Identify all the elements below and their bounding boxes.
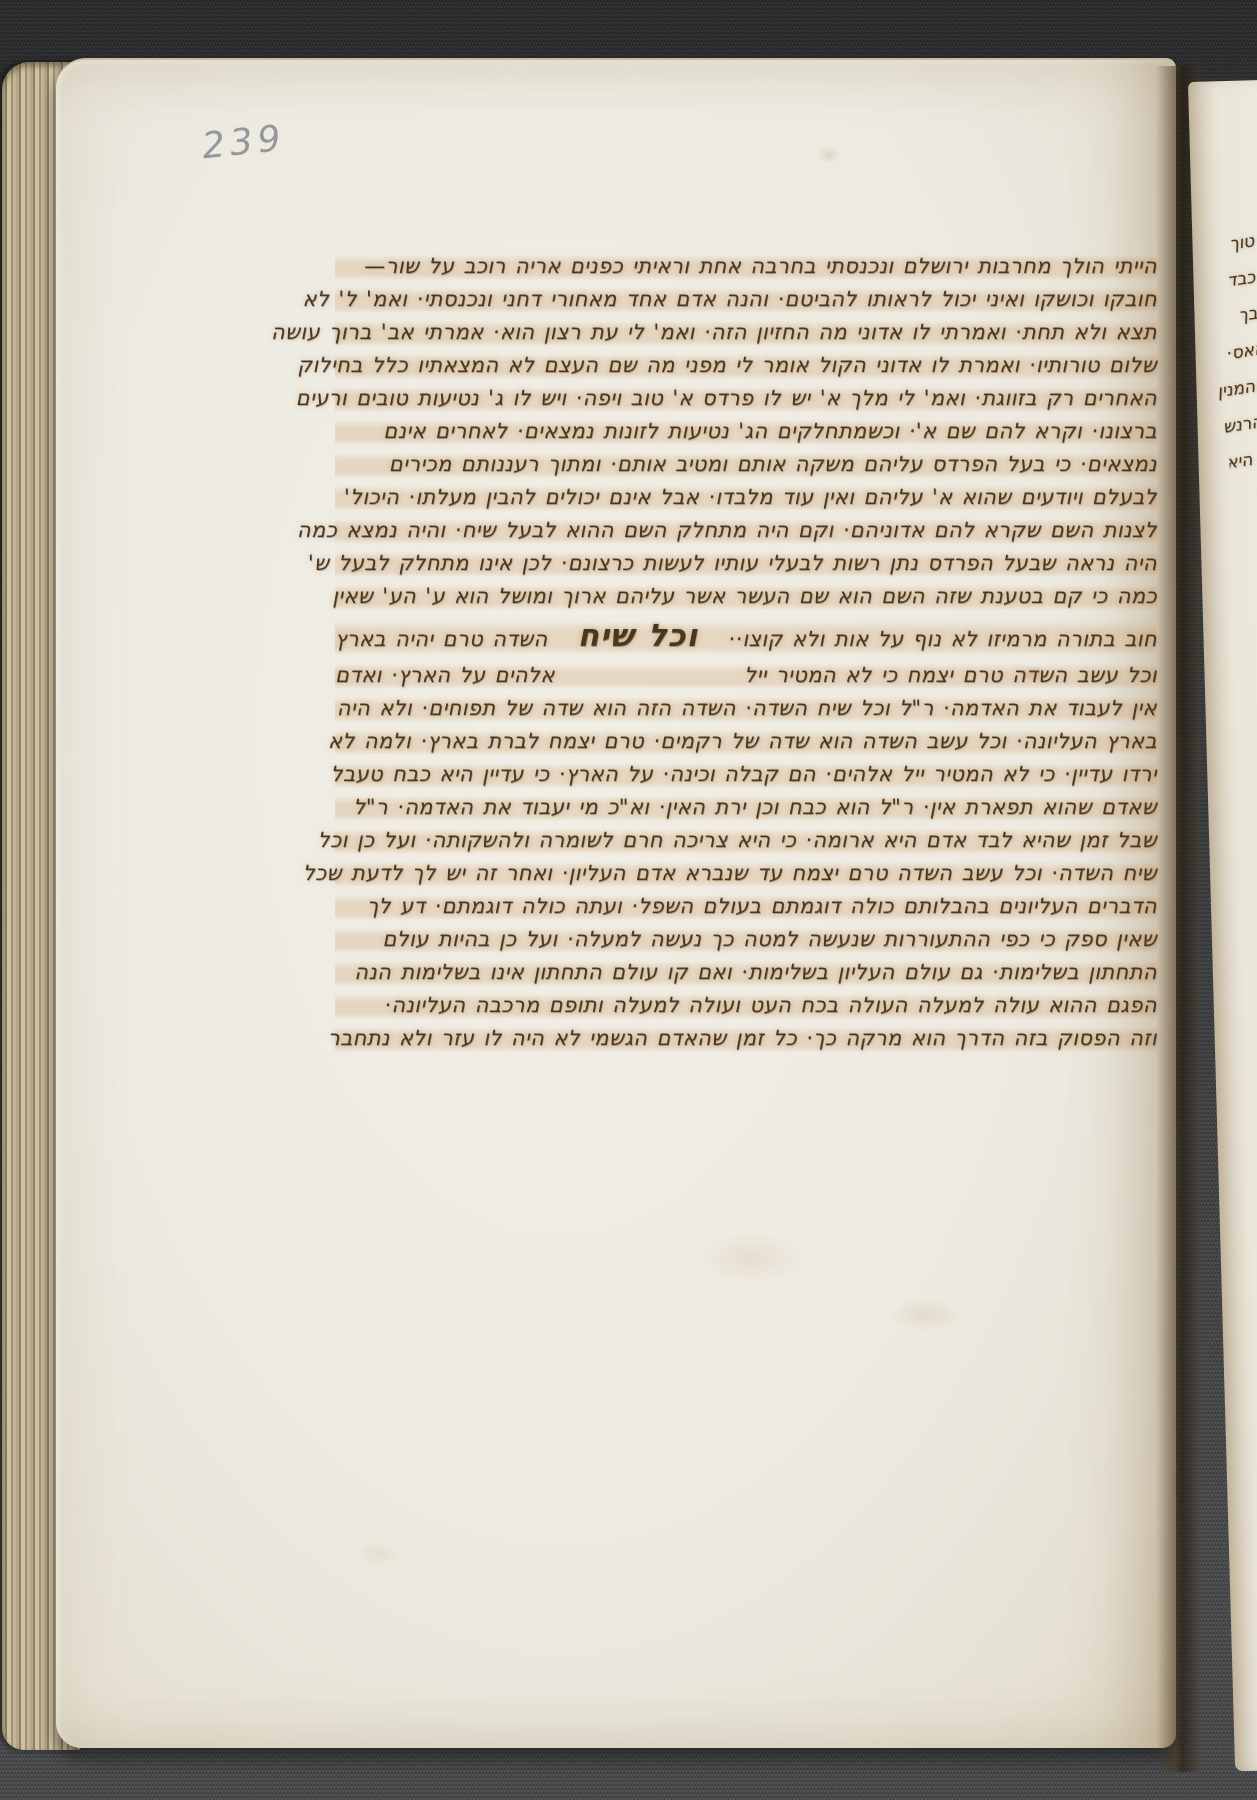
text-line: ברצונו· וקרא להם שם א'· וכשמתחלקים הג' נ…: [335, 415, 1157, 448]
text-block: הייתי הולך מחרבות ירושלם ונכנסתי בחרבה א…: [335, 250, 1157, 1055]
foxing-stain: [816, 146, 842, 164]
text-line: אין לעבוד את האדמה· ר"ל וכל שיח השדה· הש…: [335, 692, 1157, 725]
split-line-left-text: אלהים על הארץ· ואדם: [335, 659, 555, 692]
text-line: נמצאים· כי בעל הפרדס עליהם משקה אותם ומט…: [335, 448, 1157, 481]
split-text-line: וכל עשב השדה טרם יצמח כי לא המטיר ייל אל…: [335, 659, 1157, 692]
text-line: הדברים העליונים בהבלותם כולה דוגמתם בעול…: [335, 890, 1157, 923]
text-line: ירדו עדיין· כי לא המטיר ייל אלהים· הם קב…: [335, 758, 1157, 791]
text-line: היה נראה שבעל הפרדס נתן רשות לבעלי עותיו…: [335, 547, 1157, 580]
pencil-folio-number: 239: [200, 118, 288, 168]
text-line: האחרים רק בזווגת· ואמ' לי מלך א' יש לו פ…: [335, 382, 1157, 415]
foxing-stain: [890, 1298, 960, 1332]
facing-page-text-fragments: שרה טוך ואמר כבד סתך כבך בכלל האס· ען עם…: [1194, 218, 1257, 873]
text-line: שלום טורותיו· ואמרת לו אדוני הקול אומר ל…: [335, 349, 1157, 382]
text-line: כמה כי קם בטענת שזה השם הוא שם העשר אשר …: [335, 580, 1157, 613]
lemma-word: וכל שיח: [578, 613, 698, 659]
text-line: בארץ העליונה· וכל עשב השדה הוא שדה של רק…: [335, 725, 1157, 758]
gutter-shadow: [1156, 66, 1200, 1772]
text-line: שיח השדה· וכל עשב השדה טרם יצמח עד שנברא…: [335, 857, 1157, 890]
manuscript-page: 239 הייתי הולך מחרבות ירושלם ונכנסתי בחר…: [56, 58, 1176, 1748]
text-line: חובקו וכושקו ואיני יכול לראותו להביטם· ו…: [335, 283, 1157, 316]
text-line: לבעלם ויודעים שהוא א' עליהם ואין עוד מלב…: [335, 481, 1157, 514]
foxing-stain: [696, 1232, 806, 1284]
text-line: הייתי הולך מחרבות ירושלם ונכנסתי בחרבה א…: [335, 250, 1157, 283]
text-line: התחתון בשלימות· גם עולם העליון בשלימות· …: [335, 956, 1157, 989]
lemma-line: חוב בתורה מרמיזו לא נוף על אות ולא קוצו·…: [335, 613, 1157, 659]
foxing-stain: [356, 1540, 400, 1566]
text-line: תצא ולא תחת· ואמרתי לו אדוני מה החזיון ה…: [335, 316, 1157, 349]
text-line: שאדם שהוא תפארת אין· ר"ל הוא כבח וכן ירת…: [335, 791, 1157, 824]
photo-background: 239 הייתי הולך מחרבות ירושלם ונכנסתי בחר…: [0, 0, 1257, 1800]
split-line-right-text: וכל עשב השדה טרם יצמח כי לא המטיר ייל: [744, 659, 1157, 692]
lemma-pre-text: חוב בתורה מרמיזו לא נוף על אות ולא קוצו·…: [728, 616, 1157, 662]
text-line: שאין ספק כי כפי ההתעוררות שנעשה למטה כך …: [335, 923, 1157, 956]
text-line: וזה הפסוק בזה הדרך הוא מרקה כך· כל זמן ש…: [335, 1022, 1157, 1055]
text-line: הפגם ההוא עולה למעלה העולה בכח העט ועולה…: [335, 989, 1157, 1022]
text-line: לצנות השם שקרא להם אדוניהם· וקם היה מתחל…: [335, 514, 1157, 547]
text-line: שבל זמן שהיא לבד אדם היא ארומה· כי היא צ…: [335, 824, 1157, 857]
lemma-post-text: השדה טרם יהיה בארץ: [335, 616, 548, 662]
